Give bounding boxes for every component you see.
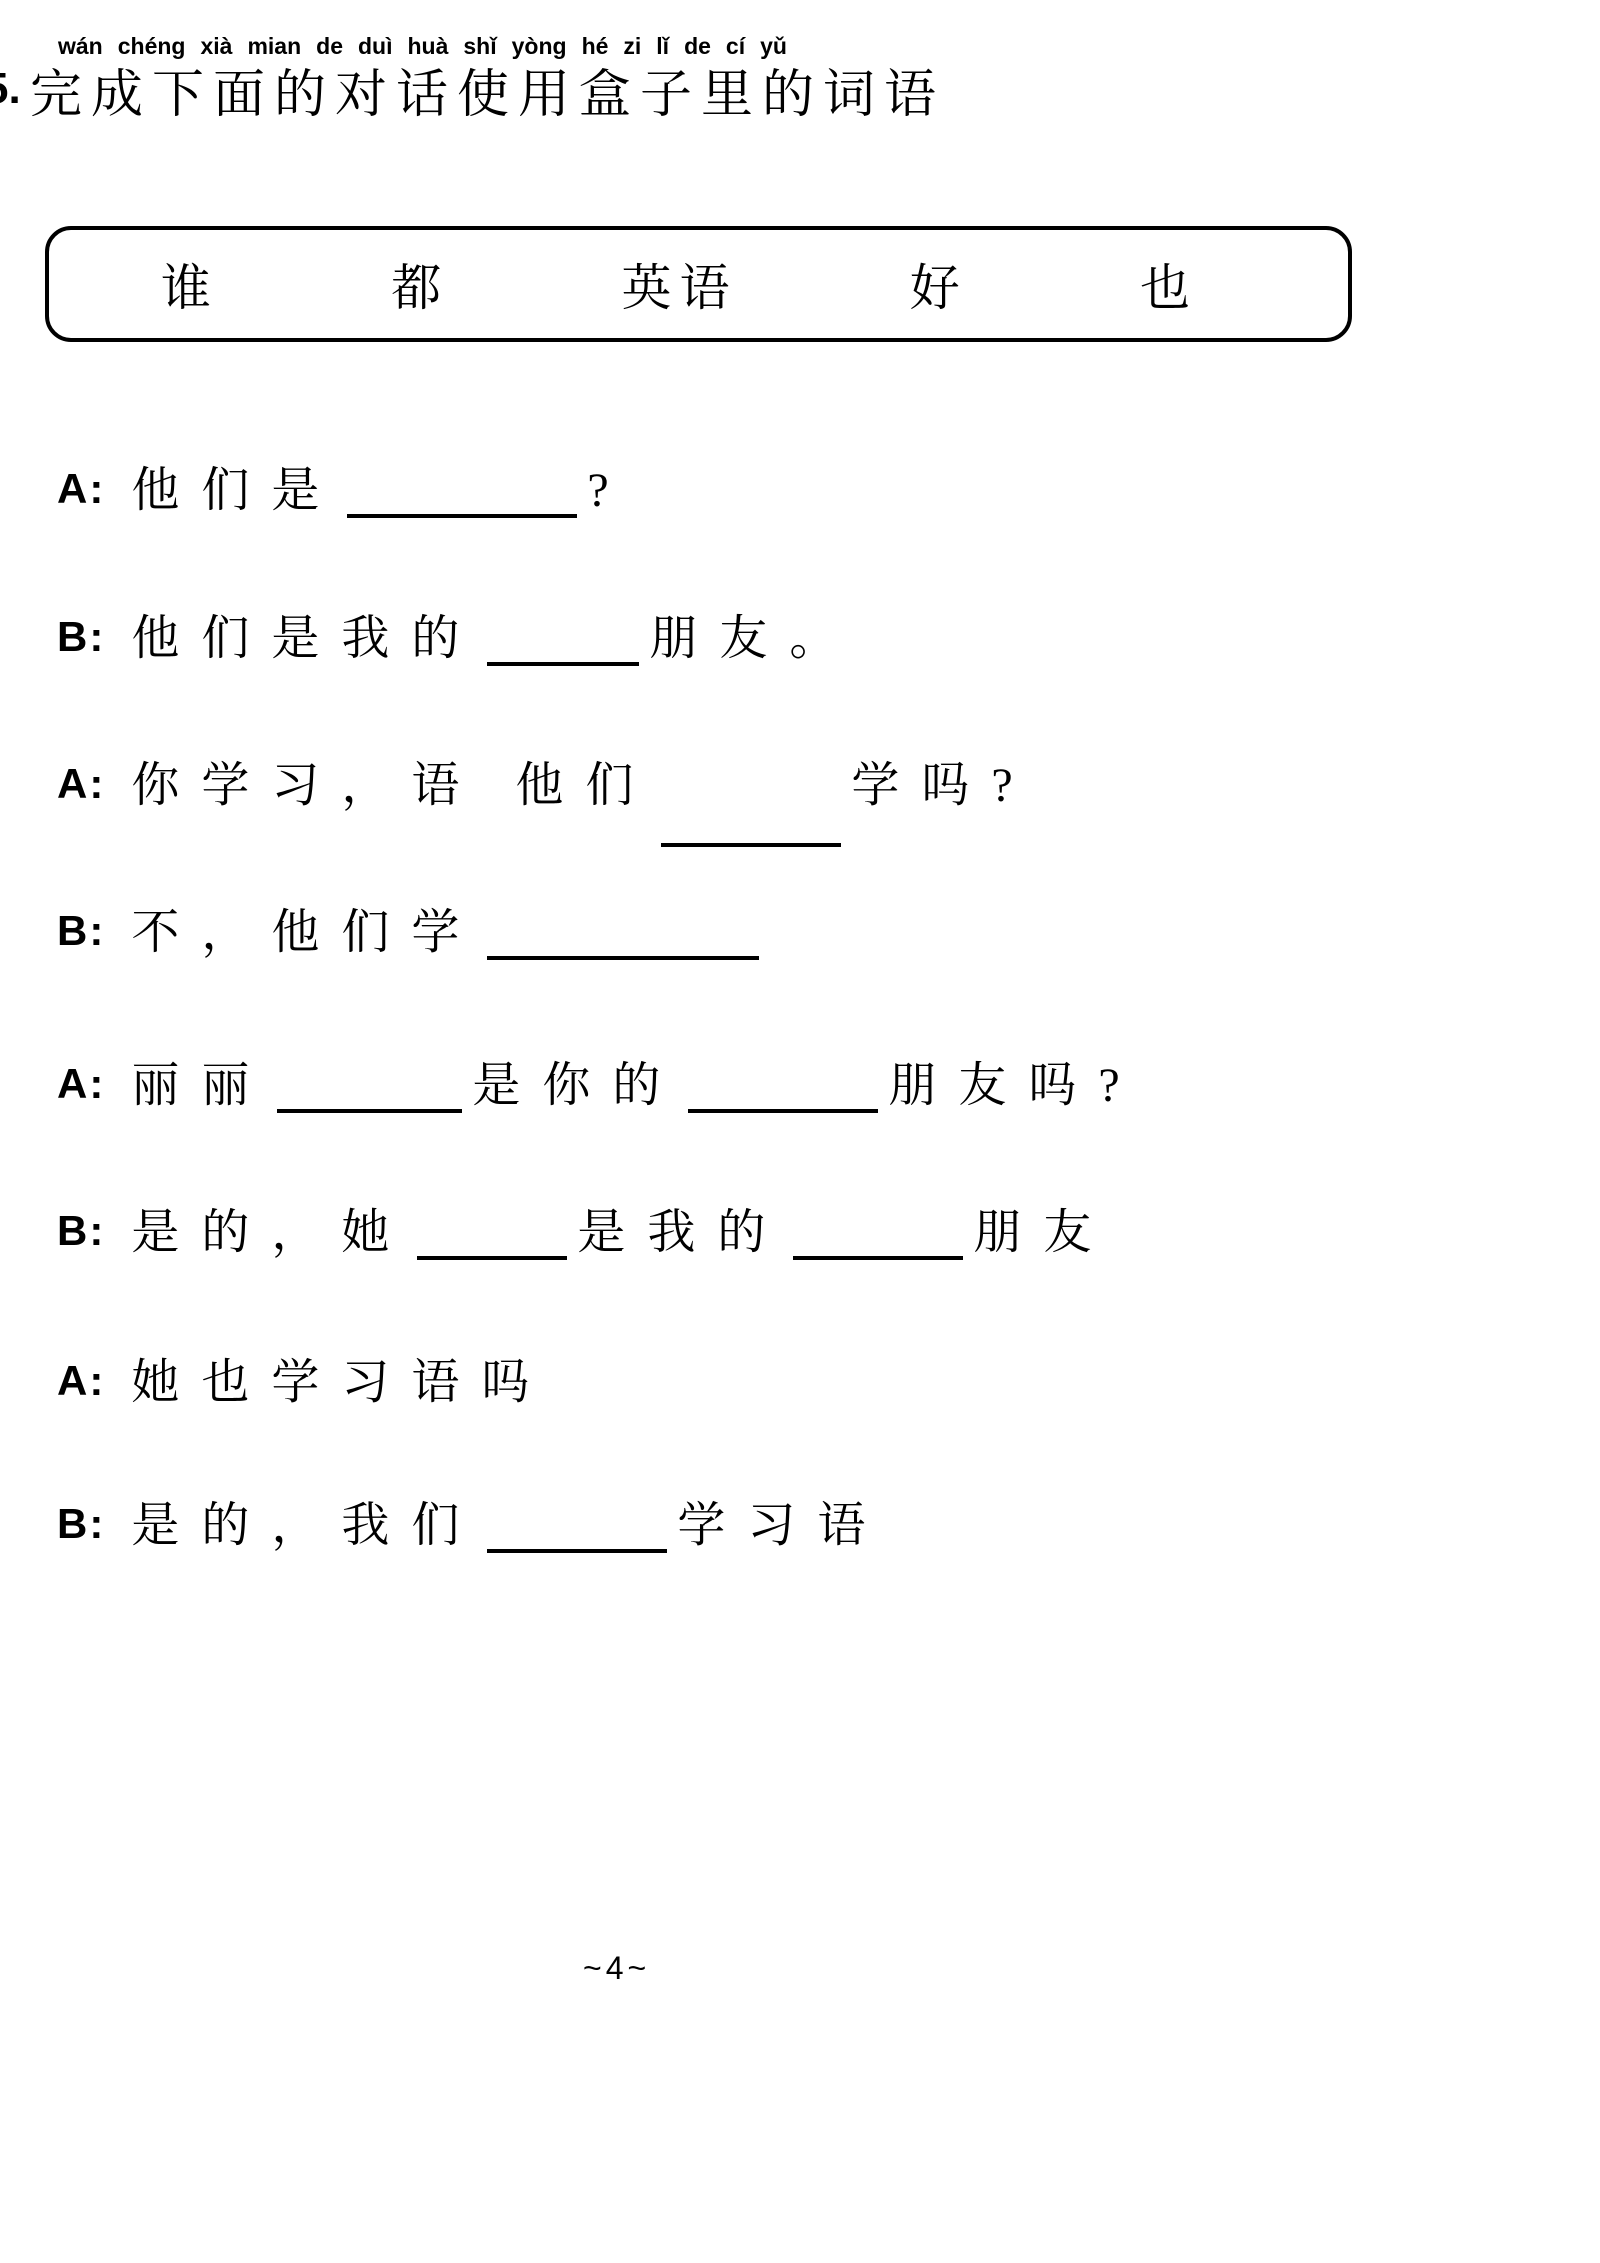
dialogue-text: 不，他们学 — [131, 906, 481, 959]
word-bank-item: 都 — [391, 248, 449, 320]
dialogue-text: 是我的 — [577, 1206, 787, 1259]
speaker-label: A: — [57, 760, 105, 807]
dialogue-text: 是你的 — [472, 1059, 682, 1112]
dialogue-text: 是的，她 — [131, 1206, 411, 1259]
question-number: 5. — [0, 64, 21, 114]
dialogue-text: 学吗? — [851, 759, 1034, 812]
answer-blank — [347, 514, 577, 518]
answer-blank — [661, 843, 841, 847]
dialogue-line: A:她也学习语吗 — [57, 1350, 551, 1414]
dialogue-text: 她也学习语吗 — [131, 1356, 551, 1409]
answer-blank — [487, 956, 759, 960]
dialogue-text: 朋友吗? — [888, 1059, 1141, 1112]
dialogue-line: B:是的，我们学习语 — [57, 1493, 887, 1557]
answer-blank — [277, 1109, 462, 1113]
answer-blank — [487, 662, 639, 666]
dialogue-line: B:他们是我的朋友。 — [57, 606, 859, 670]
dialogue-text: ? — [587, 464, 630, 517]
word-bank-item: 也 — [1140, 248, 1198, 320]
answer-blank — [417, 1256, 567, 1260]
speaker-label: A: — [57, 1060, 105, 1107]
exercise-title: 完成下面的对话使用盒子里的词语 — [30, 52, 945, 127]
speaker-label: B: — [57, 613, 105, 660]
dialogue-text: 丽丽 — [131, 1059, 271, 1112]
page-number: ~4~ — [583, 1950, 650, 1987]
speaker-label: B: — [57, 1500, 105, 1547]
word-bank-item: 谁 — [161, 248, 219, 320]
dialogue-text: 是的，我们 — [131, 1499, 481, 1552]
speaker-label: A: — [57, 465, 105, 512]
answer-blank — [688, 1109, 878, 1113]
speaker-label: B: — [57, 1207, 105, 1254]
speaker-label: B: — [57, 907, 105, 954]
answer-blank — [487, 1549, 667, 1553]
dialogue-text: 朋友 — [973, 1206, 1113, 1259]
dialogue-text: 你学习，语 他们 — [131, 759, 655, 812]
word-bank-item: 英语 — [622, 248, 738, 320]
speaker-label: A: — [57, 1357, 105, 1404]
exercise-header: 5. 完成下面的对话使用盒子里的词语 — [0, 52, 1600, 130]
word-bank-box: 谁都英语好也 — [45, 226, 1352, 342]
dialogue-text: 朋友。 — [649, 612, 859, 665]
dialogue-text: 学习语 — [677, 1499, 887, 1552]
dialogue-line: A:他们是? — [57, 458, 631, 522]
dialogue-text: 他们是我的 — [131, 612, 481, 665]
dialogue-text: 他们是 — [131, 464, 341, 517]
answer-blank — [793, 1256, 963, 1260]
dialogue-line: B:不，他们学 — [57, 900, 769, 964]
dialogue-line: B:是的，她是我的朋友 — [57, 1200, 1113, 1264]
dialogue-line: A:你学习，语 他们学吗? — [57, 753, 1035, 847]
word-bank-item: 好 — [910, 248, 968, 320]
dialogue-line: A:丽丽是你的朋友吗? — [57, 1053, 1142, 1117]
